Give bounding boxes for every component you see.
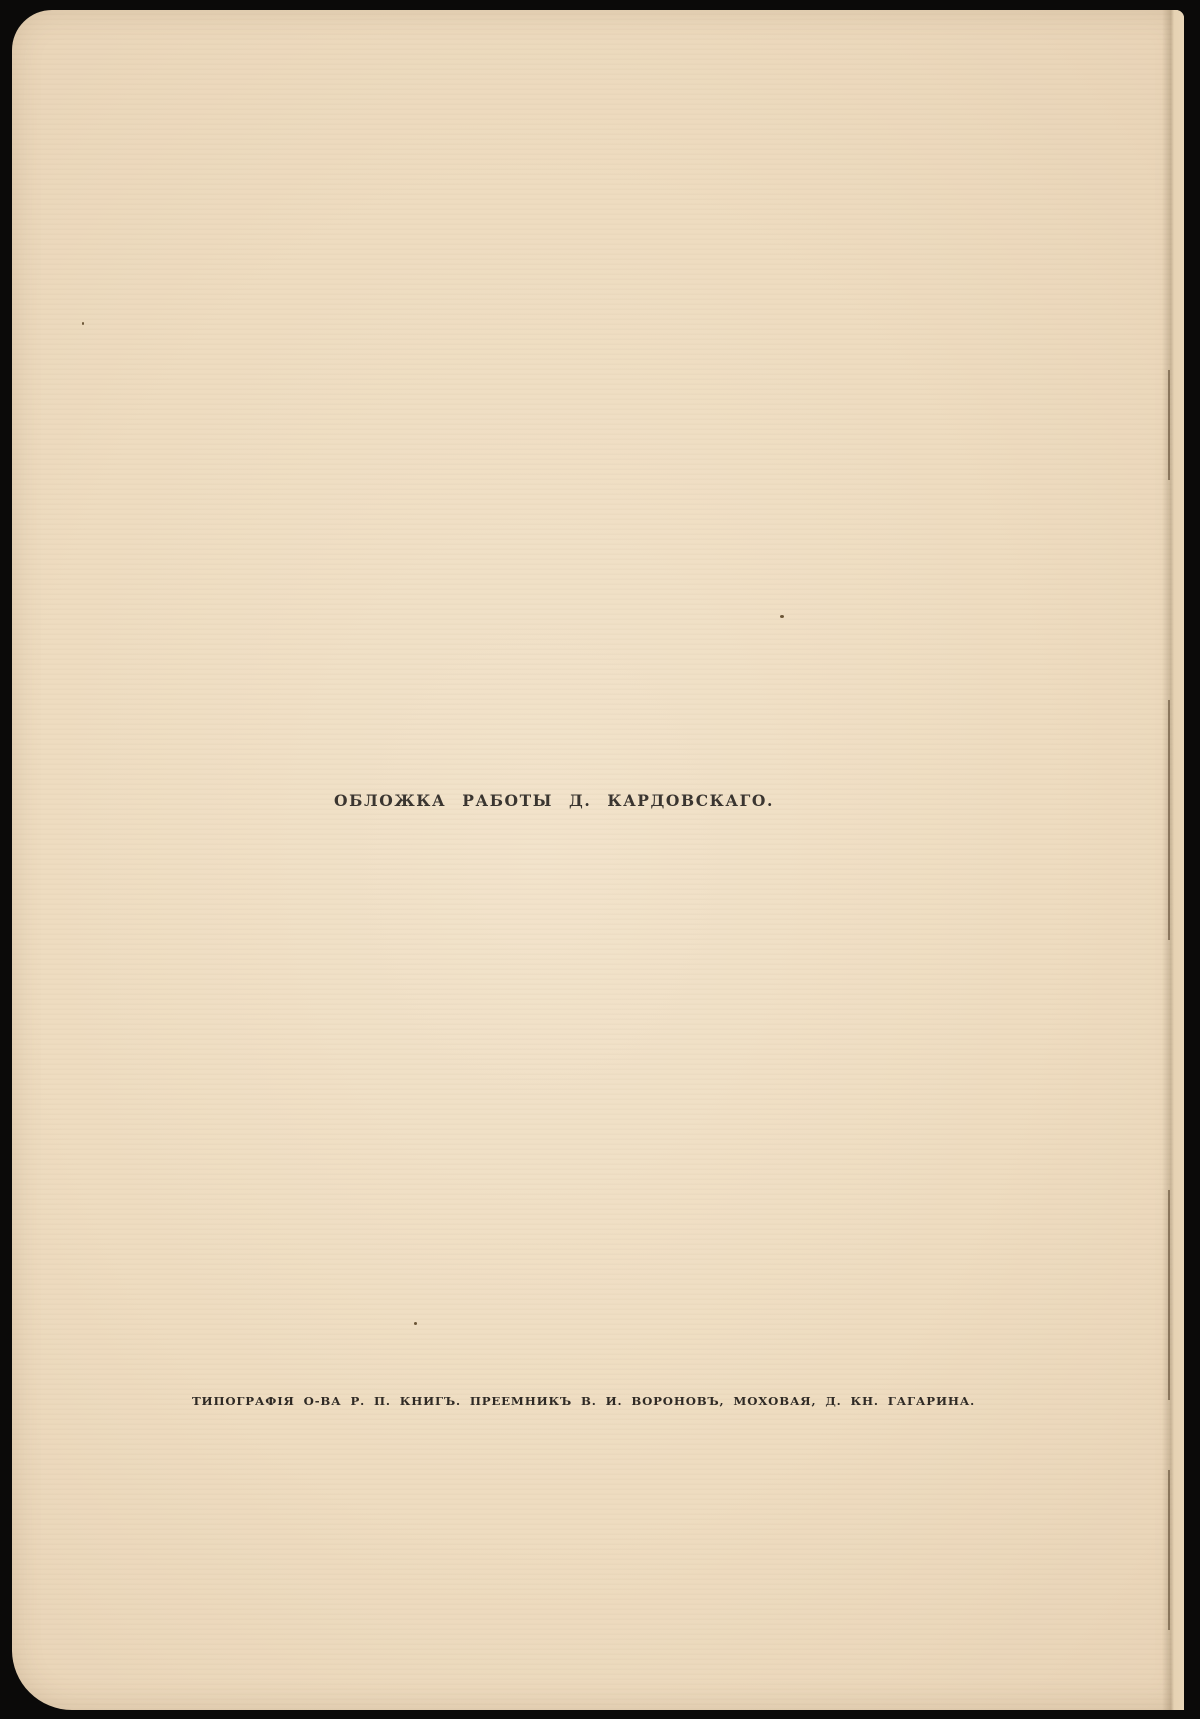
- binding-stitch: [1168, 370, 1170, 480]
- show-through-emboss: [372, 130, 385, 160]
- binding-stitch: [1168, 1470, 1170, 1630]
- paper-speck: [414, 1322, 417, 1325]
- printer-imprint-line: ТИПОГРАФІЯ О-ВА Р. П. КНИГЪ. ПРЕЕМНИКЪ В…: [192, 1394, 975, 1408]
- paper-speck: [780, 615, 784, 618]
- paper-speck: [82, 322, 84, 325]
- cover-credit-line: ОБЛОЖКА РАБОТЫ Д. КАРДОВСКАГО.: [334, 791, 774, 810]
- book-page: ОБЛОЖКА РАБОТЫ Д. КАРДОВСКАГО. ТИПОГРАФІ…: [12, 10, 1184, 1710]
- binding-stitch: [1168, 1190, 1170, 1400]
- binding-stitch: [1168, 700, 1170, 940]
- binding-spine: [1162, 10, 1184, 1710]
